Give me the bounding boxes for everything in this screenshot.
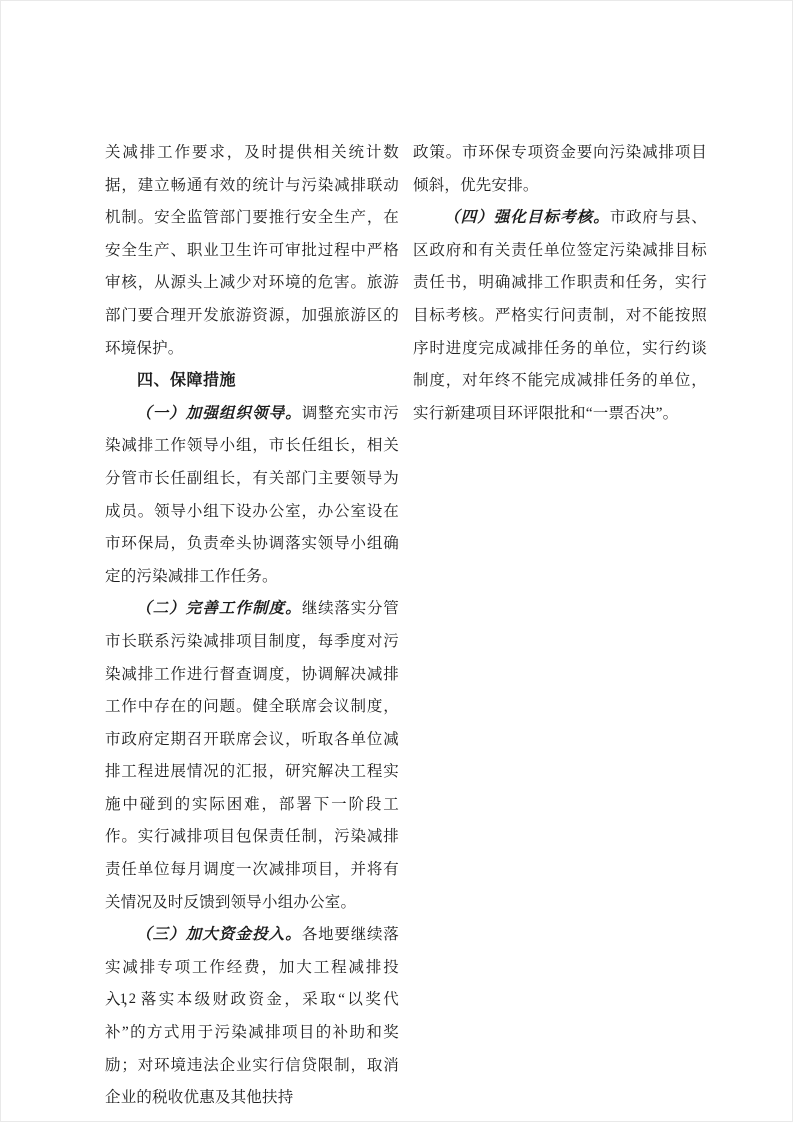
numbered-item-2-label: （二）完善工作制度。 bbox=[136, 600, 302, 617]
numbered-item-2-body: 继续落实分管市长联系污染减排项目制度，每季度对污染减排工作进行督查调度，协调解决… bbox=[105, 600, 399, 910]
numbered-item-3: （三）加大资金投入。各地要继续落实减排专项工作经费，加大工程减排投入，落实本级财… bbox=[105, 919, 399, 1115]
numbered-item-3-label: （三）加大资金投入。 bbox=[136, 926, 302, 943]
left-column: 关减排工作要求，及时提供相关统计数据，建立畅通有效的统计与污染减排联动机制。安全… bbox=[105, 137, 399, 1115]
numbered-item-4-label: （四）强化目标考核。 bbox=[444, 209, 610, 226]
numbered-item-4-body: 市政府与县、区政府和有关责任单位签定污染减排目标责任书，明确减排工作职责和任务，… bbox=[413, 209, 707, 422]
right-column: 政策。市环保专项资金要向污染减排项目倾斜，优先安排。 （四）强化目标考核。市政府… bbox=[413, 137, 707, 1115]
paragraph-continuation-left: 关减排工作要求，及时提供相关统计数据，建立畅通有效的统计与污染减排联动机制。安全… bbox=[105, 137, 399, 365]
paragraph-continuation-right: 政策。市环保专项资金要向污染减排项目倾斜，优先安排。 bbox=[413, 137, 707, 202]
numbered-item-4: （四）强化目标考核。市政府与县、区政府和有关责任单位签定污染减排目标责任书，明确… bbox=[413, 202, 707, 430]
page-number: - 12 - bbox=[107, 989, 150, 1009]
numbered-item-1-body: 调整充实市污染减排工作领导小组，市长任组长，相关分管市长任副组长，有关部门主要领… bbox=[105, 405, 399, 585]
document-content: 关减排工作要求，及时提供相关统计数据，建立畅通有效的统计与污染减排联动机制。安全… bbox=[105, 137, 707, 1115]
section-heading: 四、保障措施 bbox=[105, 365, 399, 398]
numbered-item-2: （二）完善工作制度。继续落实分管市长联系污染减排项目制度，每季度对污染减排工作进… bbox=[105, 593, 399, 919]
document-page: 关减排工作要求，及时提供相关统计数据，建立畅通有效的统计与污染减排联动机制。安全… bbox=[0, 0, 793, 1122]
numbered-item-3-body: 各地要继续落实减排专项工作经费，加大工程减排投入，落实本级财政资金，采取“以奖代… bbox=[105, 926, 399, 1106]
numbered-item-1: （一）加强组织领导。调整充实市污染减排工作领导小组，市长任组长，相关分管市长任副… bbox=[105, 398, 399, 594]
numbered-item-1-label: （一）加强组织领导。 bbox=[136, 405, 302, 422]
